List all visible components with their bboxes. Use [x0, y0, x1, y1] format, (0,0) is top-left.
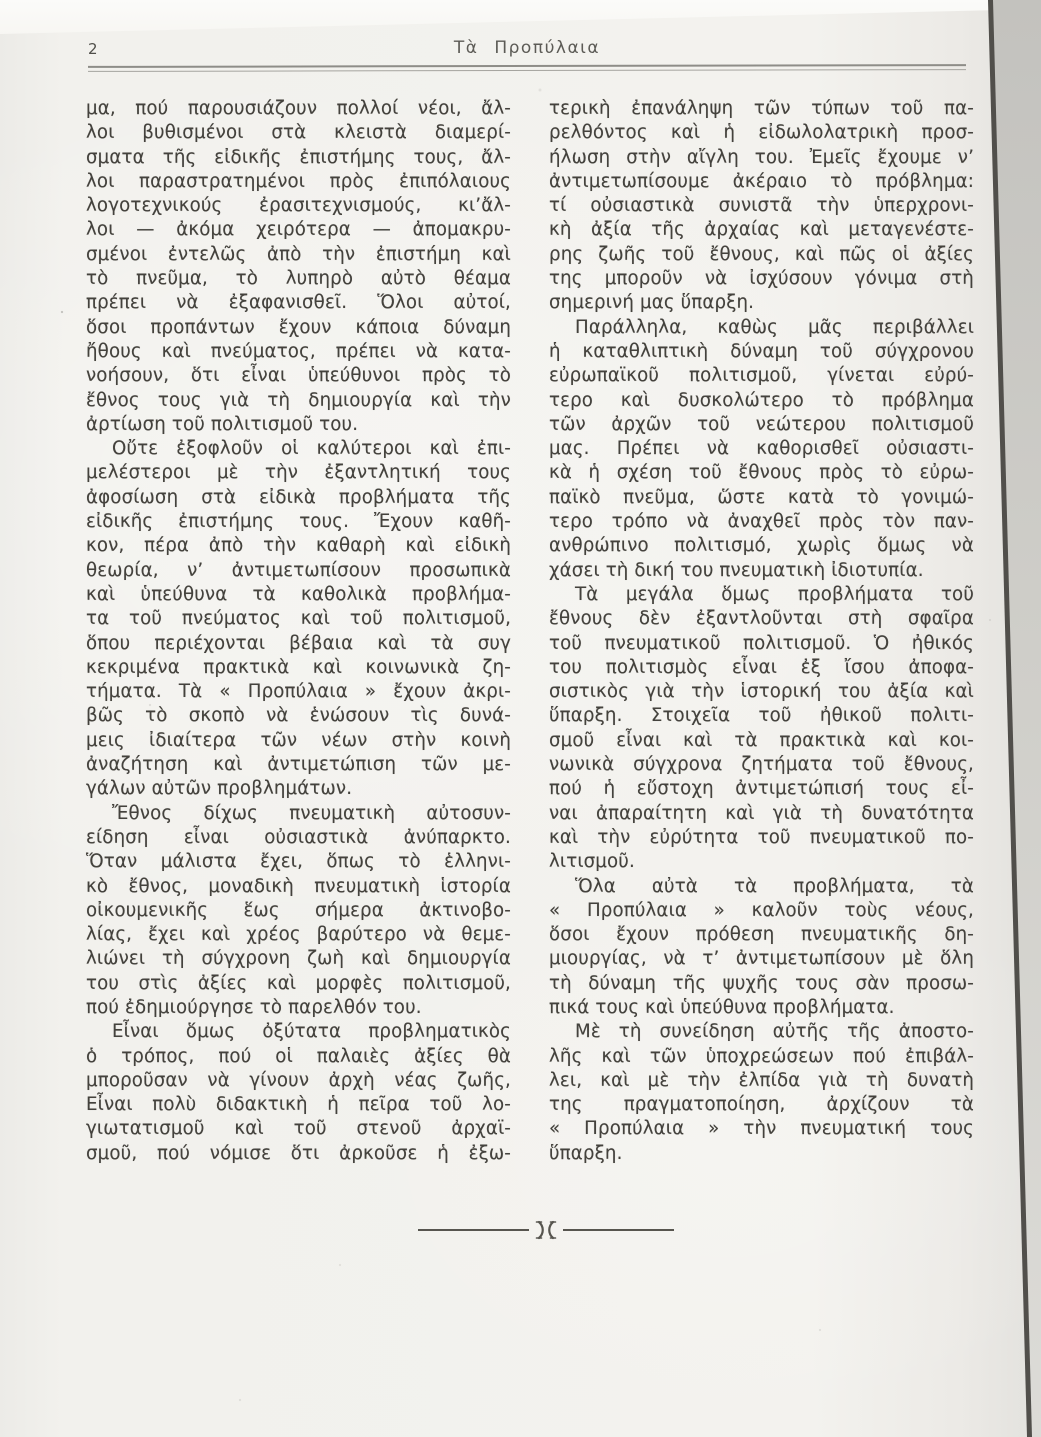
paragraph: Τὰ μεγάλα ὅμως προβλήματα τοῦἔθνους δὲν …: [549, 583, 974, 875]
text-line: ανθρώπινο πολιτισμό, χωρὶς ὅμως νὰ: [549, 534, 974, 558]
paragraph: Ἔθνος δίχως πνευματικὴ αὐτοσυν-είδηση εἶ…: [86, 802, 511, 1021]
text-line: ὅπου περιέχονται βέβαια καὶ τὰ συγ: [86, 632, 511, 656]
running-header: 2 Τὰ Προπύλαια: [88, 38, 966, 62]
text-line: ἀφοσίωση στὰ εἰδικὰ προβλήματα τῆς: [86, 486, 511, 510]
text-line: σημερινή μας ὕπαρξη.: [549, 291, 974, 315]
text-line: παϊκὸ πνεῦμα, ὥστε κατὰ τὸ γονιμώ-: [549, 486, 974, 510]
text-line: εἰδικῆς ἐπιστήμης τους. Ἔχουν καθῆ-: [86, 510, 511, 534]
scanned-page: 2 Τὰ Προπύλαια μα, πού παρουσιάζουν πολλ…: [0, 0, 1041, 1437]
paragraph: Εἶναι ὅμως ὀξύτατα προβληματικὸςὁ τρόπος…: [86, 1020, 511, 1166]
text-line: Εἶναι ὅμως ὀξύτατα προβληματικὸς: [86, 1020, 511, 1044]
text-line: μεις ἰδιαίτερα τῶν νέων στὴν κοινὴ: [86, 729, 511, 753]
text-line: ὁ τρόπος, πού οἱ παλαιὲς ἀξίες θὰ: [86, 1045, 511, 1069]
text-line: ναι ἀπαραίτητη καὶ γιὰ τὴ δυνατότητα: [549, 802, 974, 826]
text-line: τα τοῦ πνεύματος καὶ τοῦ πολιτισμοῦ,: [86, 607, 511, 631]
text-line: τὸ πνεῦμα, τὸ λυπηρὸ αὐτὸ θέαμα: [86, 267, 511, 291]
text-line: του πολιτισμὸς εἶναι ἐξ ἴσου ἀποφα-: [549, 656, 974, 680]
text-line: τί οὐσιαστικὰ συνιστᾶ τὴν ὑπερχρονι-: [549, 194, 974, 218]
text-line: νωνικὰ σύγχρονα ζητήματα τοῦ ἔθνους,: [549, 753, 974, 777]
text-line: καὶ ὑπεύθυνα τὰ καθολικὰ προβλήμα-: [86, 583, 511, 607]
text-line: λῆς καὶ τῶν ὑποχρεώσεων πού ἐπιβάλ-: [549, 1045, 974, 1069]
text-line: κον, πέρα ἀπὸ τὴν καθαρὴ καὶ εἰδικὴ: [86, 534, 511, 558]
text-line: ἔθνους δὲν ἐξαντλοῦνται στὴ σφαῖρα: [549, 607, 974, 631]
text-line: θεωρία, ν’ ἀντιμετωπίσουν προσωπικὰ: [86, 559, 511, 583]
text-line: μα, πού παρουσιάζουν πολλοί νέοι, ἄλ-: [86, 97, 511, 121]
text-line: ήλωση στὴν αἴγλη του. Ἐμεῖς ἔχουμε ν’: [549, 146, 974, 170]
text-line: μελέστεροι μὲ τὴν ἐξαντλητική τους: [86, 461, 511, 485]
text-line: σμοῦ, πού νόμισε ὅτι ἀρκοῦσε ἡ ἐξω-: [86, 1142, 511, 1166]
divider-line-left: [418, 1229, 529, 1231]
text-line: ἀναζήτηση καὶ ἀντιμετώπιση τῶν με-: [86, 753, 511, 777]
text-line: μποροῦσαν νὰ γίνουν ἀρχὴ νέας ζωῆς,: [86, 1069, 511, 1093]
paragraph: Ὅλα αὐτὰ τὰ προβλήματα, τὰ« Προπύλαια » …: [549, 875, 974, 1021]
text-columns: μα, πού παρουσιάζουν πολλοί νέοι, ἄλ-λοι…: [86, 97, 974, 1166]
text-line: Μὲ τὴ συνείδηση αὐτῆς τῆς ἀποστο-: [549, 1020, 974, 1044]
text-line: γάλων αὐτῶν προβλημάτων.: [86, 777, 511, 801]
text-line: Εἶναι πολὺ διδακτικὴ ἡ πεῖρα τοῦ λο-: [86, 1093, 511, 1117]
text-line: λοι παραστρατημένοι πρὸς ἐπιπόλαιους: [86, 170, 511, 194]
text-line: μιουργίας, νὰ τ’ ἀντιμετωπίσουν μὲ ὅλη: [549, 947, 974, 971]
text-line: ἡ καταθλιπτικὴ δύναμη τοῦ σύγχρονου: [549, 340, 974, 364]
text-line: ἤθους καὶ πνεύματος, πρέπει νὰ κατα-: [86, 340, 511, 364]
text-line: χάσει τὴ δική του πνευματικὴ ἰδιοτυπία.: [549, 559, 974, 583]
text-line: Ἔθνος δίχως πνευματικὴ αὐτοσυν-: [86, 802, 511, 826]
paragraph: Οὔτε ἐξοφλοῦν οἱ καλύτεροι καὶ ἐπι-μελέσ…: [86, 437, 511, 801]
text-line: κὰ ἡ σχέση τοῦ ἔθνους πρὸς τὸ εὐρω-: [549, 461, 974, 485]
text-line: της μποροῦν νὰ ἰσχύσουν γόνιμα στὴ: [549, 267, 974, 291]
left-column: μα, πού παρουσιάζουν πολλοί νέοι, ἄλ-λοι…: [86, 97, 511, 1166]
text-line: ὕπαρξη.: [549, 1142, 974, 1166]
divider-line-right: [563, 1229, 674, 1231]
text-line: ἔθνος τους γιὰ τὴ δημιουργία καὶ τὴν: [86, 389, 511, 413]
text-line: τερο καὶ δυσκολώτερο τὸ πρόβλημα: [549, 389, 974, 413]
text-line: κὴ ἀξία τῆς ἀρχαίας καὶ μεταγενέστε-: [549, 218, 974, 242]
text-line: λιώνει τὴ σύγχρονη ζωὴ καὶ δημιουργία: [86, 947, 511, 971]
text-line: καὶ τὴν εὐρύτητα τοῦ πνευματικοῦ πο-: [549, 826, 974, 850]
text-line: οἰκουμενικῆς ἕως σήμερα ἀκτινοβο-: [86, 899, 511, 923]
text-line: κεκριμένα πρακτικὰ καὶ κοινωνικὰ ζη-: [86, 656, 511, 680]
text-line: πού ἐδημιούργησε τὸ παρελθόν του.: [86, 996, 511, 1020]
text-line: μας. Πρέπει νὰ καθορισθεῖ οὐσιαστι-: [549, 437, 974, 461]
text-line: σμένοι ἐντελῶς ἀπὸ τὴν ἐπιστήμη καὶ: [86, 243, 511, 267]
text-line: κὸ ἔθνος, μοναδικὴ πνευματικὴ ἱστορία: [86, 875, 511, 899]
paragraph: Μὲ τὴ συνείδηση αὐτῆς τῆς ἀποστο-λῆς καὶ…: [549, 1020, 974, 1166]
text-line: Ὅλα αὐτὰ τὰ προβλήματα, τὰ: [549, 875, 974, 899]
text-line: λιτισμοῦ.: [549, 850, 974, 874]
text-line: τήματα. Τὰ « Προπύλαια » ἔχουν ἀκρι-: [86, 680, 511, 704]
text-line: εὐρωπαϊκοῦ πολιτισμοῦ, γίνεται εὐρύ-: [549, 364, 974, 388]
text-line: τερικὴ ἐπανάληψη τῶν τύπων τοῦ πα-: [549, 97, 974, 121]
text-line: γιωτατισμοῦ καὶ τοῦ στενοῦ ἀρχαϊ-: [86, 1117, 511, 1141]
text-line: λογοτεχνικούς ἐρασιτεχνισμούς, κι’ἄλ-: [86, 194, 511, 218]
right-column: τερικὴ ἐπανάληψη τῶν τύπων τοῦ πα-ρελθόν…: [549, 97, 974, 1166]
text-line: πικά τους καὶ ὑπεύθυνα προβλήματα.: [549, 996, 974, 1020]
text-line: Τὰ μεγάλα ὅμως προβλήματα τοῦ: [549, 583, 974, 607]
text-line: του στὶς ἀξίες καὶ μορφὲς πολιτισμοῦ,: [86, 972, 511, 996]
text-line: Οὔτε ἐξοφλοῦν οἱ καλύτεροι καὶ ἐπι-: [86, 437, 511, 461]
text-line: πρέπει νὰ ἐξαφανισθεῖ. Ὅλοι αὐτοί,: [86, 291, 511, 315]
text-line: λοι βυθισμένοι στὰ κλειστὰ διαμερί-: [86, 121, 511, 145]
text-line: σιστικὸς γιὰ τὴν ἱστορική του ἀξία καὶ: [549, 680, 974, 704]
text-line: ὅσοι προπάντων ἔχουν κάποια δύναμη: [86, 316, 511, 340]
text-line: είδηση εἶναι οὐσιαστικὰ ἀνύπαρκτο.: [86, 826, 511, 850]
text-line: τοῦ πνευματικοῦ πολιτισμοῦ. Ὁ ἠθικός: [549, 632, 974, 656]
text-line: πού ἡ εὔστοχη ἀντιμετώπισή τους εἶ-: [549, 777, 974, 801]
text-line: νοήσουν, ὅτι εἶναι ὑπεύθυνοι πρὸς τὸ: [86, 364, 511, 388]
text-line: ρελθόντος καὶ ἡ εἰδωλολατρικὴ προσ-: [549, 121, 974, 145]
text-line: τερο τρόπο νὰ ἀναχθεῖ πρὸς τὸν παν-: [549, 510, 974, 534]
text-line: ἀρτίωση τοῦ πολιτισμοῦ του.: [86, 413, 511, 437]
text-line: ὅσοι ἔχουν πρόθεση πνευματικῆς δη-: [549, 923, 974, 947]
text-line: σμοῦ εἶναι καὶ τὰ πρακτικὰ καὶ κοι-: [549, 729, 974, 753]
text-line: Ὅταν μάλιστα ἔχει, ὅπως τὸ ἑλληνι-: [86, 850, 511, 874]
text-line: τῶν ἀρχῶν τοῦ νεώτερου πολιτισμοῦ: [549, 413, 974, 437]
text-line: λοι — ἀκόμα χειρότερα — ἀπομακρυ-: [86, 218, 511, 242]
printer-ornament-icon: [533, 1220, 559, 1240]
text-line: ὕπαρξη. Στοιχεῖα τοῦ ἠθικοῦ πολιτι-: [549, 704, 974, 728]
text-line: βῶς τὸ σκοπὸ νὰ ἑνώσουν τὶς δυνά-: [86, 704, 511, 728]
text-line: λίας, ἔχει καὶ χρέος βαρύτερο νὰ θεμε-: [86, 923, 511, 947]
page-title: Τὰ Προπύλαια: [88, 38, 966, 58]
paragraph: μα, πού παρουσιάζουν πολλοί νέοι, ἄλ-λοι…: [86, 97, 511, 437]
header-rule: [88, 64, 966, 72]
text-line: της πραγματοποίηση, ἀρχίζουν τὰ: [549, 1093, 974, 1117]
text-line: λει, καὶ μὲ τὴν ἐλπίδα γιὰ τὴ δυνατὴ: [549, 1069, 974, 1093]
text-line: τὴ δύναμη τῆς ψυχῆς τους σὰν προσω-: [549, 972, 974, 996]
paragraph: τερικὴ ἐπανάληψη τῶν τύπων τοῦ πα-ρελθόν…: [549, 97, 974, 316]
text-line: σματα τῆς εἰδικῆς ἐπιστήμης τους, ἄλ-: [86, 146, 511, 170]
text-line: Παράλληλα, καθὼς μᾶς περιβάλλει: [549, 316, 974, 340]
text-line: « Προπύλαια » τὴν πνευματική τους: [549, 1117, 974, 1141]
paragraph: Παράλληλα, καθὼς μᾶς περιβάλλειἡ καταθλι…: [549, 316, 974, 583]
text-line: « Προπύλαια » καλοῦν τοὺς νέους,: [549, 899, 974, 923]
section-divider: [418, 1219, 674, 1241]
text-line: ρης ζωῆς τοῦ ἔθνους, καὶ πῶς οἱ ἀξίες: [549, 243, 974, 267]
text-line: ἀντιμετωπίσουμε ἀκέραιο τὸ πρόβλημα:: [549, 170, 974, 194]
